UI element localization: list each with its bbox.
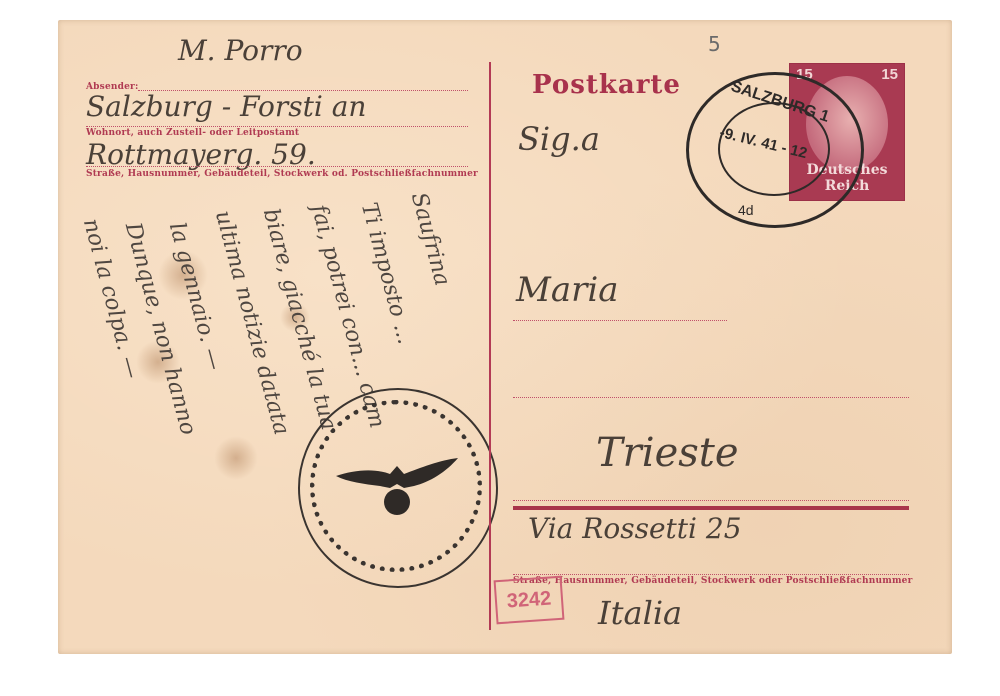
- message-line: Ti imposto ...: [356, 200, 418, 347]
- postmark-code: 4d: [738, 202, 754, 218]
- postkarte-title: Postkarte: [532, 70, 681, 100]
- recipient-street: Via Rossetti 25: [528, 512, 742, 545]
- dotted-line: [86, 166, 468, 167]
- eagle-emblem-icon: [334, 446, 460, 516]
- postcard: M. Porro Absender: Salzburg - Forsti an …: [58, 20, 952, 654]
- recipient-salutation: Sig.a: [518, 120, 600, 158]
- sender-name: M. Porro: [178, 34, 303, 67]
- recipient-name: Maria: [516, 270, 618, 310]
- censor-number-stamp: 3242: [494, 576, 565, 625]
- recipient-strasse-label: Straße, Hausnummer, Gebäudeteil, Stockwe…: [513, 576, 913, 586]
- dotted-line: [86, 126, 468, 127]
- sender-city: Salzburg - Forsti an: [86, 90, 366, 123]
- vertical-divider: [489, 62, 491, 630]
- recipient-country: Italia: [598, 594, 682, 632]
- message-line: Saufrina: [406, 190, 455, 289]
- strasse-label: Straße, Hausnummer, Gebäudeteil, Stockwe…: [86, 169, 478, 179]
- stain: [214, 436, 258, 480]
- dotted-line: [513, 320, 727, 321]
- wohnort-label: Wohnort, auch Zustell- oder Leitpostamt: [86, 128, 299, 138]
- stamp-value-right: 15: [881, 66, 898, 83]
- corner-mark: 5: [708, 32, 721, 56]
- dotted-line: [513, 574, 909, 575]
- dotted-line: [513, 397, 909, 398]
- censor-stamp: [298, 388, 498, 588]
- recipient-city: Trieste: [596, 430, 739, 476]
- dotted-line: [513, 500, 909, 501]
- city-underline: [513, 506, 909, 510]
